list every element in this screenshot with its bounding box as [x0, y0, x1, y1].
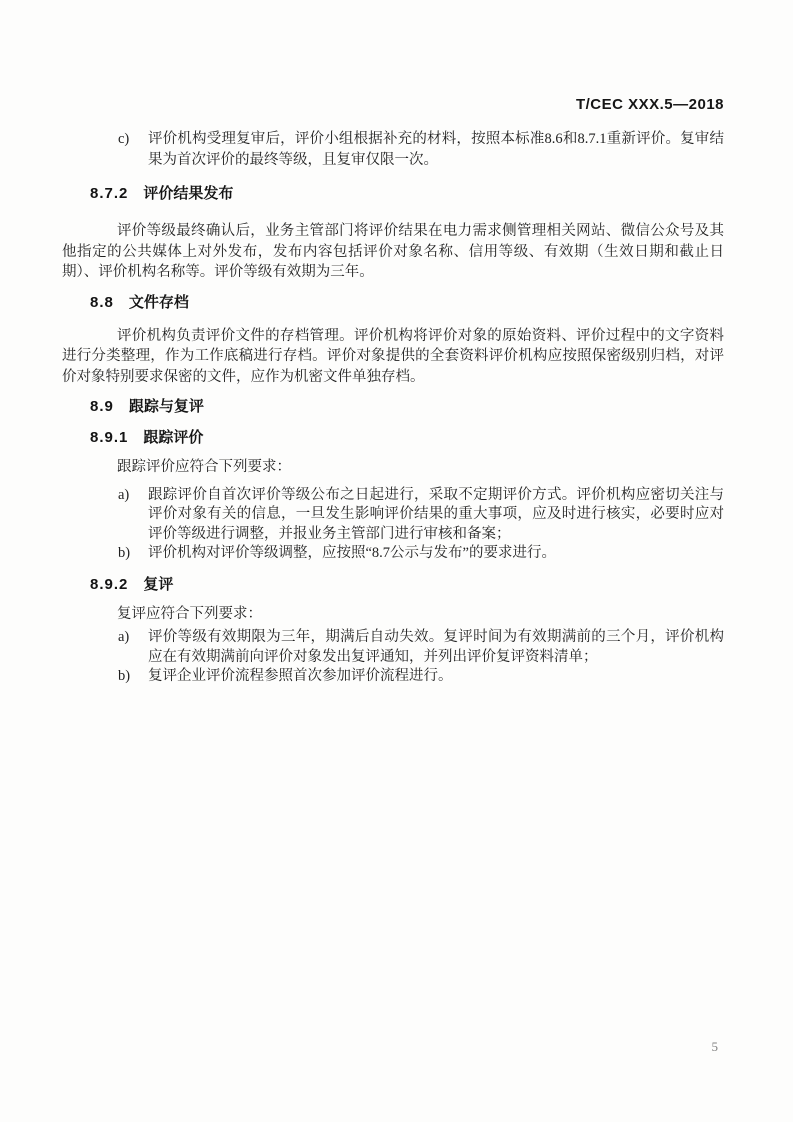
- list-marker: b): [118, 667, 148, 687]
- heading-title: 复评: [143, 576, 173, 593]
- list-marker: a): [118, 486, 148, 506]
- clause-heading-8-9-2: 8.9.2复评: [62, 575, 724, 595]
- list-text: 复评企业评价流程参照首次参加评价流程进行。: [148, 667, 724, 687]
- list-row: a) 评价等级有效期限为三年，期满后自动失效。复评时间为有效期满前的三个月，评价…: [118, 628, 724, 667]
- list-row: c) 评价机构受理复审后，评价小组根据补充的材料，按照本标准8.6和8.7.1重…: [118, 129, 724, 171]
- heading-title: 文件存档: [129, 294, 189, 311]
- heading-number: 8.8: [90, 293, 114, 313]
- document-page: T/CEC XXX.5—2018 c) 评价机构受理复审后，评价小组根据补充的材…: [0, 0, 793, 1122]
- heading-title: 跟踪与复评: [129, 398, 204, 415]
- clause-heading-8-7-2: 8.7.2评价结果发布: [62, 184, 724, 204]
- heading-number: 8.7.2: [90, 184, 128, 204]
- heading-number: 8.9.2: [90, 575, 128, 595]
- list-row: a) 跟踪评价自首次评价等级公布之日起进行，采取不定期评价方式。评价机构应密切关…: [118, 486, 724, 545]
- list-text: 评价等级有效期限为三年，期满后自动失效。复评时间为有效期满前的三个月，评价机构应…: [148, 628, 724, 667]
- list-8-9-2: a) 评价等级有效期限为三年，期满后自动失效。复评时间为有效期满前的三个月，评价…: [62, 628, 724, 687]
- paragraph-8-8: 评价机构负责评价文件的存档管理。评价机构将评价对象的原始资料、评价过程中的文字资…: [62, 326, 724, 388]
- heading-number: 8.9.1: [90, 428, 128, 448]
- list-8-9-1: a) 跟踪评价自首次评价等级公布之日起进行，采取不定期评价方式。评价机构应密切关…: [62, 486, 724, 564]
- list-text: 跟踪评价自首次评价等级公布之日起进行，采取不定期评价方式。评价机构应密切关注与评…: [148, 486, 724, 545]
- list-item-c: c) 评价机构受理复审后，评价小组根据补充的材料，按照本标准8.6和8.7.1重…: [62, 129, 724, 171]
- list-row: b) 评价机构对评价等级调整，应按照“8.7公示与发布”的要求进行。: [118, 544, 724, 564]
- list-marker: b): [118, 544, 148, 564]
- list-row: b) 复评企业评价流程参照首次参加评价流程进行。: [118, 667, 724, 687]
- heading-title: 跟踪评价: [143, 429, 203, 446]
- list-text: 评价机构对评价等级调整，应按照“8.7公示与发布”的要求进行。: [148, 544, 724, 564]
- page-number: 5: [62, 1039, 724, 1055]
- list-text: 评价机构受理复审后，评价小组根据补充的材料，按照本标准8.6和8.7.1重新评价…: [148, 129, 724, 171]
- list-marker: c): [118, 129, 148, 150]
- clause-heading-8-9: 8.9跟踪与复评: [62, 397, 724, 417]
- intro-8-9-1: 跟踪评价应符合下列要求：: [62, 457, 724, 478]
- heading-title: 评价结果发布: [143, 185, 233, 202]
- clause-heading-8-8: 8.8文件存档: [62, 293, 724, 313]
- standard-number-header: T/CEC XXX.5—2018: [62, 97, 724, 113]
- intro-8-9-2: 复评应符合下列要求：: [62, 604, 724, 625]
- clause-heading-8-9-1: 8.9.1跟踪评价: [62, 428, 724, 448]
- paragraph-8-7-2: 评价等级最终确认后，业务主管部门将评价结果在电力需求侧管理相关网站、微信公众号及…: [62, 221, 724, 283]
- page-content: T/CEC XXX.5—2018 c) 评价机构受理复审后，评价小组根据补充的材…: [62, 97, 724, 687]
- list-marker: a): [118, 628, 148, 648]
- heading-number: 8.9: [90, 397, 114, 417]
